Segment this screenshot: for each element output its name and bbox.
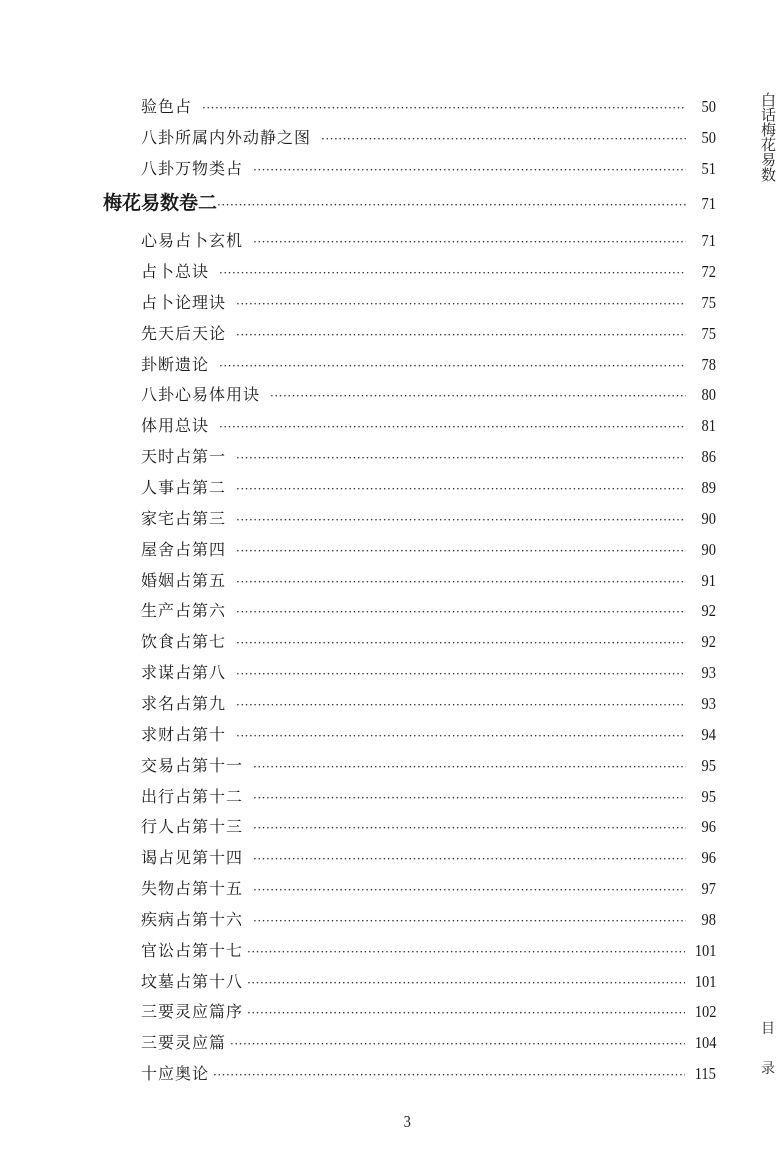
toc-entry-page: 50 xyxy=(696,92,716,122)
toc-entry-page: 92 xyxy=(696,627,716,657)
dot-leader xyxy=(253,875,686,905)
toc-entry-title: 求名占第九 xyxy=(141,689,226,719)
dot-leader xyxy=(247,998,684,1028)
dot-leader xyxy=(247,937,684,967)
dot-leader xyxy=(236,289,686,319)
toc-entry-page: 93 xyxy=(696,689,716,719)
toc-entry-page: 86 xyxy=(696,442,716,472)
toc-entry-page: 94 xyxy=(696,720,716,750)
dot-leader xyxy=(321,124,686,154)
dot-leader xyxy=(253,783,686,813)
toc-entry-title: 家宅占第三 xyxy=(141,504,226,534)
toc-entry[interactable]: 八卦万物类占 51 xyxy=(141,154,716,184)
toc-entry[interactable]: 验色占 50 xyxy=(141,92,716,122)
toc-entry-page: 71 xyxy=(696,226,716,256)
toc-entry-title: 八卦万物类占 xyxy=(141,154,243,184)
toc-entry-page: 71 xyxy=(696,189,716,219)
toc-entry[interactable]: 家宅占第三 90 xyxy=(141,504,716,534)
toc-entry[interactable]: 八卦所属内外动静之图 50 xyxy=(141,123,716,153)
toc-entry-title: 八卦所属内外动静之图 xyxy=(141,123,311,153)
dot-leader xyxy=(202,93,686,123)
toc-entry-page: 75 xyxy=(696,319,716,349)
toc-entry[interactable]: 出行占第十二 95 xyxy=(141,782,716,812)
toc-entry-title: 官讼占第十七 xyxy=(141,936,243,966)
dot-leader xyxy=(236,474,686,504)
toc-entry-page: 92 xyxy=(696,596,716,626)
toc-entry[interactable]: 疾病占第十六 98 xyxy=(141,905,716,935)
toc-entry-title: 求谋占第八 xyxy=(141,658,226,688)
toc-entry-page: 90 xyxy=(696,504,716,534)
toc-entry[interactable]: 坟墓占第十八 101 xyxy=(141,967,716,997)
toc-chapter-heading[interactable]: 梅花易数卷二 71 xyxy=(103,188,716,218)
dot-leader xyxy=(253,906,686,936)
toc-entry-title: 屋舍占第四 xyxy=(141,535,226,565)
toc-entry-title: 八卦心易体用诀 xyxy=(141,380,260,410)
toc-entry-page: 89 xyxy=(696,473,716,503)
toc-entry-title: 谒占见第十四 xyxy=(141,843,243,873)
dot-leader xyxy=(253,227,686,257)
dot-leader xyxy=(236,659,686,689)
toc-entry[interactable]: 心易占卜玄机 71 xyxy=(141,226,716,256)
toc-entry-title: 饮食占第七 xyxy=(141,627,226,657)
toc-entry-title: 体用总诀 xyxy=(141,411,209,441)
toc-entry-page: 81 xyxy=(696,411,716,441)
toc-entry[interactable]: 三要灵应篇 104 xyxy=(141,1028,716,1058)
dot-leader xyxy=(236,567,686,597)
running-header: 白话梅花易数 xyxy=(757,92,777,182)
dot-leader xyxy=(236,505,686,535)
toc-entry-page: 72 xyxy=(696,257,716,287)
toc-entry-page: 95 xyxy=(696,782,716,812)
toc-entry-title: 三要灵应篇 xyxy=(141,1028,226,1058)
toc-entry-title: 天时占第一 xyxy=(141,442,226,472)
toc-entry-page: 104 xyxy=(694,1028,716,1058)
toc-entry[interactable]: 屋舍占第四 90 xyxy=(141,535,716,565)
toc-entry-title: 交易占第十一 xyxy=(141,751,243,781)
toc-entry-title: 生产占第六 xyxy=(141,596,226,626)
toc-entry-title: 占卜论理诀 xyxy=(141,288,226,318)
toc-entry-page: 96 xyxy=(696,812,716,842)
toc-entry[interactable]: 体用总诀 81 xyxy=(141,411,716,441)
toc-entry[interactable]: 十应奥论 115 xyxy=(141,1059,716,1089)
toc-entry[interactable]: 卦断遗论 78 xyxy=(141,350,716,380)
toc-entry-title: 失物占第十五 xyxy=(141,874,243,904)
toc-entry-page: 80 xyxy=(696,380,716,410)
toc-entry-title: 心易占卜玄机 xyxy=(141,226,243,256)
dot-leader xyxy=(253,813,686,843)
toc-entry-page: 102 xyxy=(694,997,716,1027)
toc-entry-page: 115 xyxy=(695,1059,716,1089)
toc-entry-title: 行人占第十三 xyxy=(141,812,243,842)
toc-entry[interactable]: 天时占第一 86 xyxy=(141,442,716,472)
dot-leader xyxy=(236,443,686,473)
toc-entry-page: 93 xyxy=(696,658,716,688)
dot-leader xyxy=(219,351,686,381)
toc-entry-title: 三要灵应篇序 xyxy=(141,997,243,1027)
toc-entry-title: 先天后天论 xyxy=(141,319,226,349)
toc-entry[interactable]: 求谋占第八 93 xyxy=(141,658,716,688)
toc-entry[interactable]: 求名占第九 93 xyxy=(141,689,716,719)
toc-entry-page: 78 xyxy=(696,350,716,380)
toc-entry[interactable]: 谒占见第十四 96 xyxy=(141,843,716,873)
toc-entry[interactable]: 先天后天论 75 xyxy=(141,319,716,349)
toc-entry[interactable]: 失物占第十五 97 xyxy=(141,874,716,904)
dot-leader xyxy=(253,752,686,782)
toc-entry[interactable]: 占卜论理诀 75 xyxy=(141,288,716,318)
dot-leader xyxy=(236,320,686,350)
dot-leader xyxy=(253,844,686,874)
toc-entry-page: 95 xyxy=(696,751,716,781)
toc-entry[interactable]: 三要灵应篇序 102 xyxy=(141,997,716,1027)
toc-chapter-title: 梅花易数卷二 xyxy=(103,188,217,218)
dot-leader xyxy=(270,381,686,411)
dot-leader xyxy=(236,536,686,566)
toc-entry-page: 75 xyxy=(696,288,716,318)
dot-leader xyxy=(236,690,686,720)
toc-entry[interactable]: 求财占第十 94 xyxy=(141,720,716,750)
dot-leader xyxy=(236,628,686,658)
toc-entry-title: 求财占第十 xyxy=(141,720,226,750)
toc-entry-title: 占卜总诀 xyxy=(141,257,209,287)
toc-entry[interactable]: 饮食占第七 92 xyxy=(141,627,716,657)
toc-entry[interactable]: 人事占第二 89 xyxy=(141,473,716,503)
toc-entry-title: 验色占 xyxy=(141,92,192,122)
dot-leader xyxy=(236,597,686,627)
toc-entry-title: 疾病占第十六 xyxy=(141,905,243,935)
toc-entry-page: 96 xyxy=(696,843,716,873)
toc-entry-page: 101 xyxy=(694,967,716,997)
toc-entry[interactable]: 行人占第十三 96 xyxy=(141,812,716,842)
toc-entry[interactable]: 八卦心易体用诀 80 xyxy=(141,380,716,410)
toc-entry-title: 出行占第十二 xyxy=(141,782,243,812)
toc-entry-page: 98 xyxy=(696,905,716,935)
toc-entry-title: 十应奥论 xyxy=(141,1059,209,1089)
toc-entry-page: 51 xyxy=(696,154,716,184)
dot-leader xyxy=(236,721,686,751)
toc-entry-title: 婚姻占第五 xyxy=(141,566,226,596)
toc-entry-title: 坟墓占第十八 xyxy=(141,967,243,997)
toc-entry-page: 50 xyxy=(696,123,716,153)
toc-entry-page: 101 xyxy=(694,936,716,966)
toc-entry-page: 91 xyxy=(696,566,716,596)
dot-leader xyxy=(230,1029,684,1059)
toc-entry-page: 97 xyxy=(696,874,716,904)
toc-entry[interactable]: 生产占第六 92 xyxy=(141,596,716,626)
page-number: 3 xyxy=(404,1112,411,1132)
toc-entry[interactable]: 婚姻占第五 91 xyxy=(141,566,716,596)
dot-leader xyxy=(213,1060,685,1090)
toc-entry-title: 人事占第二 xyxy=(141,473,226,503)
dot-leader xyxy=(247,968,684,998)
dot-leader xyxy=(219,258,686,288)
toc-entry-page: 90 xyxy=(696,535,716,565)
toc-entry[interactable]: 占卜总诀 72 xyxy=(141,257,716,287)
toc-entry[interactable]: 交易占第十一 95 xyxy=(141,751,716,781)
dot-leader xyxy=(219,412,686,442)
dot-leader xyxy=(253,155,686,185)
side-label-mu: 目 xyxy=(760,1018,776,1038)
toc-entry[interactable]: 官讼占第十七 101 xyxy=(141,936,716,966)
side-label-lu: 录 xyxy=(760,1058,776,1078)
dot-leader xyxy=(217,190,686,220)
toc-entry-title: 卦断遗论 xyxy=(141,350,209,380)
